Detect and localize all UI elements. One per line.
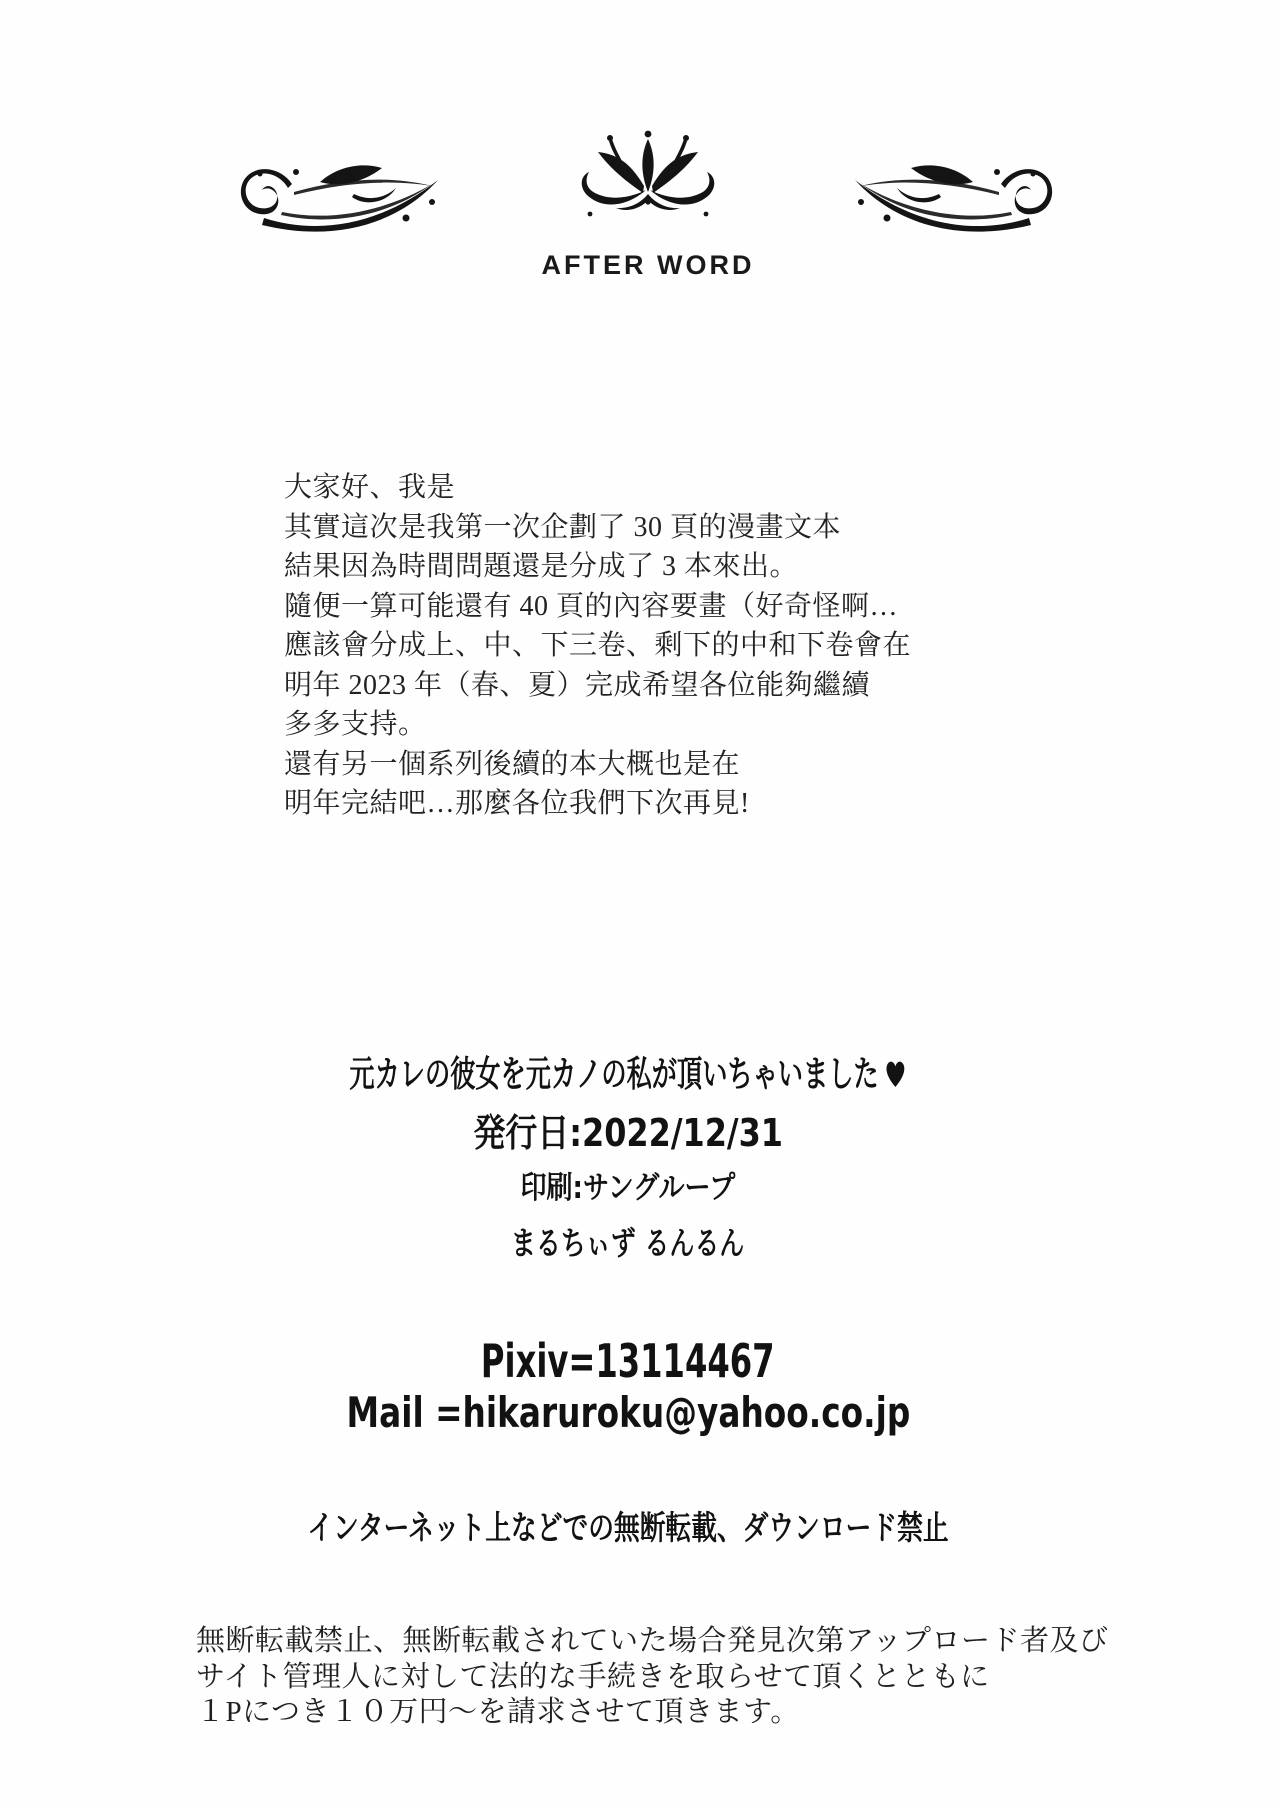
mail-row: Mail =hikaruroku@yahoo.co.jp bbox=[0, 1388, 1256, 1437]
flourish-right-icon bbox=[851, 158, 1057, 242]
book-title-row: 元カレの彼女を元カノの私が頂いちゃいました bbox=[0, 1046, 1256, 1097]
printer-row: 印刷:サングループ bbox=[0, 1162, 1256, 1207]
publish-date-row: 発行日:2022/12/31 bbox=[0, 1102, 1256, 1157]
afterword-line: 結果因為時間問題還是分成了 3 本來出。 bbox=[284, 547, 911, 587]
book-title: 元カレの彼女を元カノの私が頂いちゃいました bbox=[349, 1054, 878, 1095]
afterword-line: 明年 2023 年（春、夏）完成希望各位能夠繼續 bbox=[284, 666, 911, 706]
afterword-line: 明年完結吧…那麼各位我們下次再見! bbox=[284, 784, 911, 824]
afterword-heading: AFTER WORD bbox=[0, 250, 1280, 281]
afterword-line: 多多支持。 bbox=[284, 705, 911, 745]
heart-icon bbox=[884, 1057, 906, 1087]
legal-line: 無断転載禁止、無断転載されていた場合発見次第アップロード者及び bbox=[196, 1624, 1108, 1660]
circle-row: まるちぃず るんるん bbox=[0, 1218, 1256, 1264]
repost-warning-row: インターネット上などでの無断転載、ダウンロード禁止 bbox=[0, 1502, 1256, 1549]
flourish-left-icon bbox=[236, 158, 442, 242]
afterword-line: 其實這次是我第一次企劃了 30 頁的漫畫文本 bbox=[284, 508, 911, 548]
circle-author-name: まるちぃず るんるん bbox=[511, 1218, 744, 1264]
repost-warning: インターネット上などでの無断転載、ダウンロード禁止 bbox=[307, 1502, 948, 1549]
afterword-page: AFTER WORD 大家好、我是 其實這次是我第一次企劃了 30 頁的漫畫文本… bbox=[0, 0, 1280, 1808]
mail-address: Mail =hikaruroku@yahoo.co.jp bbox=[346, 1388, 910, 1437]
crest-center-icon bbox=[560, 126, 736, 236]
afterword-line: 大家好、我是 bbox=[284, 468, 911, 508]
printer-info: 印刷:サングループ bbox=[521, 1162, 736, 1207]
pixiv-row: Pixiv=13114467 bbox=[0, 1334, 1256, 1388]
legal-line: １Pにつき１０万円～を請求させて頂きます。 bbox=[196, 1695, 1108, 1731]
legal-line: サイト管理人に対して法的な手続きを取らせて頂くとともに bbox=[196, 1660, 1108, 1696]
legal-notice: 無断転載禁止、無断転載されていた場合発見次第アップロード者及び サイト管理人に対… bbox=[196, 1624, 1108, 1731]
afterword-line: 隨便一算可能還有 40 頁的內容要畫（好奇怪啊… bbox=[284, 587, 911, 627]
afterword-line: 應該會分成上、中、下三卷、剩下的中和下卷會在 bbox=[284, 626, 911, 666]
publish-date: 発行日:2022/12/31 bbox=[473, 1102, 783, 1157]
pixiv-id: Pixiv=13114467 bbox=[481, 1334, 775, 1388]
afterword-line: 還有另一個系列後續的本大概也是在 bbox=[284, 745, 911, 785]
afterword-paragraph: 大家好、我是 其實這次是我第一次企劃了 30 頁的漫畫文本 結果因為時間問題還是… bbox=[284, 468, 911, 824]
